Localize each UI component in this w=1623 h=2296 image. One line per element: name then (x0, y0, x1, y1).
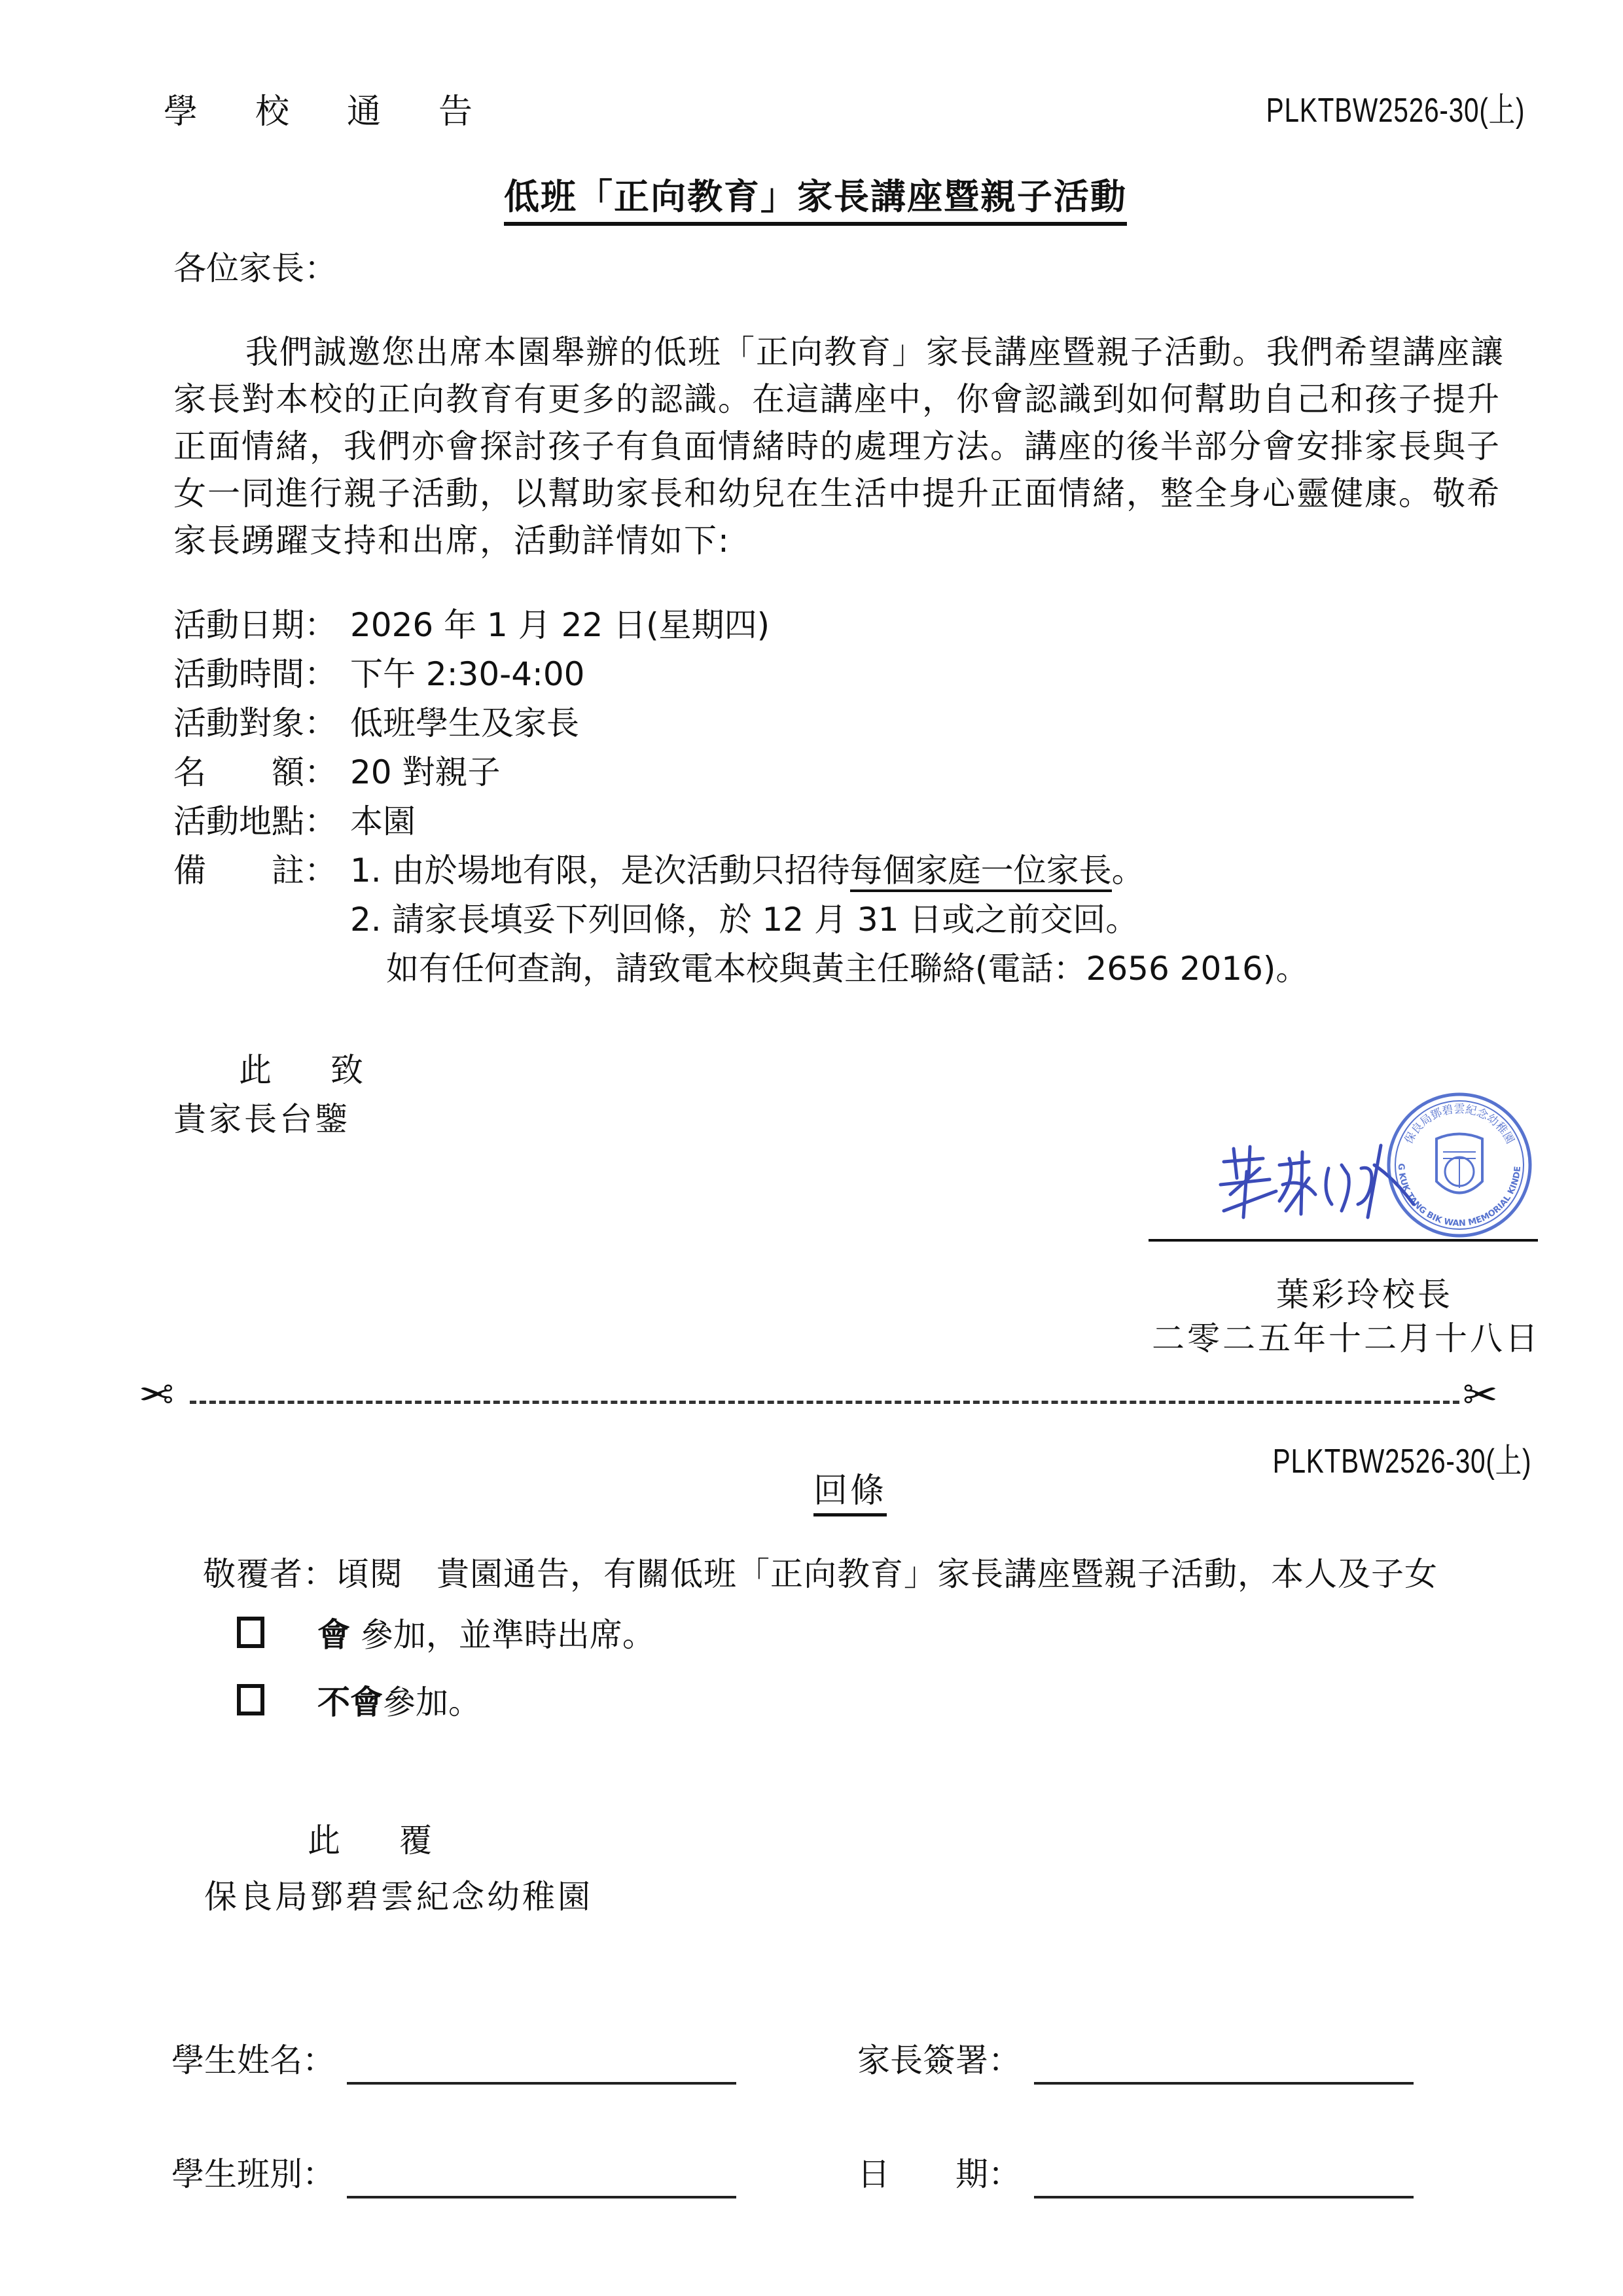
not-attend-option-bold: 不會 (317, 1683, 383, 1721)
detail-label: 活動對象： (173, 704, 350, 743)
salutation: 各位家長： (173, 249, 337, 288)
body-line: 家長對本校的正向教育有更多的認識。在這講座中，你會認識到如何幫助自己和孩子提升 (173, 376, 1548, 423)
detail-label: 活動時間： (173, 655, 350, 694)
parent-signature-field[interactable] (1034, 2082, 1414, 2085)
detail-date: 活動日期：2026 年 1 月 22 日(星期四) (173, 605, 770, 645)
notice-date: 二零二五年十二月十八日 (1152, 1312, 1541, 1359)
body-line: 女一同進行親子活動，以幫助家長和幼兒在生活中提升正面情緒，整全身心靈健康。敬希 (173, 470, 1548, 517)
attend-option-text: 參加，並準時出席。 (350, 1616, 655, 1654)
closing-line-1: 此 致 (239, 1044, 376, 1091)
detail-value: 2026 年 1 月 22 日(星期四) (350, 606, 770, 644)
principal-name: 葉彩玲校長 (1276, 1268, 1453, 1316)
scissors-icon: ✂ (1463, 1374, 1498, 1416)
detail-value: 本園 (350, 802, 416, 840)
student-class-label: 學生班別： (171, 2155, 335, 2194)
notice-code: PLKTBW2526-30(上) (1266, 82, 1525, 132)
notice-label: 學 校 通 告 (164, 84, 484, 133)
detail-time: 活動時間：下午 2:30-4:00 (173, 655, 585, 694)
reply-slip-code: PLKTBW2526-30(上) (1272, 1433, 1531, 1482)
remarks-label: 備 註： (173, 851, 350, 890)
closing-line-2: 貴家長台鑒 (173, 1093, 350, 1140)
reply-closing-line-1: 此 覆 (308, 1814, 445, 1861)
reply-slip-title: 回條 (813, 1463, 887, 1516)
school-stamp: 保良局鄧碧雲紀念幼稚園 PO LEONG KUK TANG BIK WAN ME… (1384, 1090, 1535, 1240)
remarks-note-2: 2. 請家長填妥下列回條，於 12 月 31 日或之前交回。 (350, 900, 1138, 939)
date-label: 日 期： (857, 2155, 1021, 2194)
attend-option-label: 會 參加，並準時出席。 (317, 1615, 655, 1655)
detail-quota: 名 額：20 對親子 (173, 753, 501, 792)
body-line: 正面情緒，我們亦會探討孩子有負面情緒時的處理方法。講座的後半部分會安排家長與子 (173, 423, 1548, 470)
cut-line (190, 1401, 1459, 1404)
remarks-note-3: 如有任何查詢，請致電本校與黃主任聯絡(電話：2656 2016)。 (386, 949, 1308, 988)
parent-signature-label: 家長簽署： (857, 2041, 1021, 2080)
detail-value: 下午 2:30-4:00 (350, 655, 585, 693)
student-class-field[interactable] (347, 2196, 736, 2198)
student-name-field[interactable] (347, 2082, 736, 2085)
signature-line (1149, 1239, 1538, 1242)
remarks-note1-prefix: 1. 由於場地有限，是次活動只招待 (350, 852, 850, 889)
not-attend-option-label: 不會參加。 (317, 1683, 481, 1722)
not-attend-checkbox[interactable] (237, 1684, 264, 1715)
detail-label: 名 額： (173, 753, 350, 792)
body-line: 家長踴躍支持和出席，活動詳情如下: (173, 517, 1548, 564)
detail-audience: 活動對象：低班學生及家長 (173, 704, 579, 743)
page-title: 低班「正向教育」家長講座暨親子活動 (504, 169, 1127, 226)
remarks-note1-suffix: 。 (1112, 852, 1145, 889)
remarks-note-1: 備 註：1. 由於場地有限，是次活動只招待每個家庭一位家長。 (173, 851, 1145, 890)
body-line: 我們誠邀您出席本園舉辦的低班「正向教育」家長講座暨親子活動。我們希望講座讓 (173, 329, 1548, 376)
detail-label: 活動日期： (173, 605, 350, 645)
date-field[interactable] (1034, 2196, 1414, 2198)
attend-option-bold: 會 (317, 1616, 350, 1654)
detail-value: 20 對親子 (350, 753, 501, 791)
svg-text:保良局鄧碧雲紀念幼稚園: 保良局鄧碧雲紀念幼稚園 (1402, 1103, 1516, 1146)
remarks-note1-emphasis: 每個家庭一位家長 (850, 852, 1112, 892)
stamp-chinese-text: 保良局鄧碧雲紀念幼稚園 (1402, 1103, 1516, 1146)
attend-checkbox[interactable] (237, 1617, 264, 1648)
body-paragraph: 我們誠邀您出席本園舉辦的低班「正向教育」家長講座暨親子活動。我們希望講座讓 家長… (173, 329, 1548, 564)
detail-venue: 活動地點：本園 (173, 802, 416, 841)
scissors-icon: ✂ (139, 1374, 174, 1416)
reply-closing-line-2: 保良局鄧碧雲紀念幼稚園 (204, 1871, 593, 1918)
student-name-label: 學生姓名： (171, 2041, 335, 2080)
detail-value: 低班學生及家長 (350, 704, 579, 742)
detail-label: 活動地點： (173, 802, 350, 841)
reply-slip-intro: 敬覆者：頃閱 貴園通告，有關低班「正向教育」家長講座暨親子活動，本人及子女 (203, 1554, 1438, 1594)
not-attend-option-text: 參加。 (383, 1683, 481, 1721)
